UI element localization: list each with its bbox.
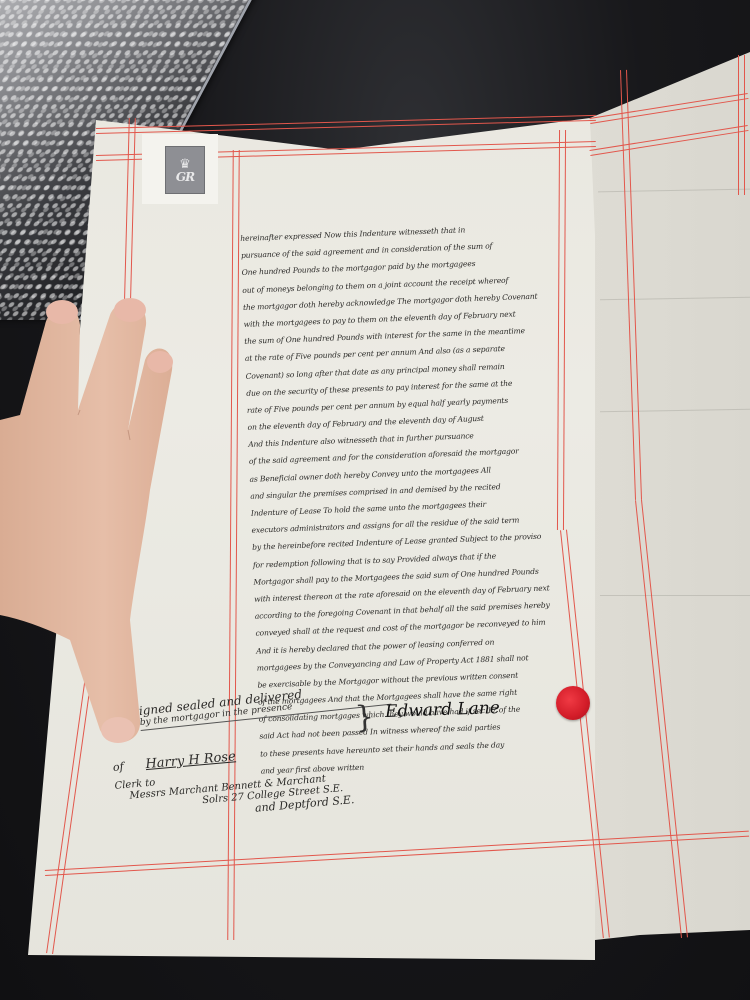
hand <box>0 290 180 750</box>
revenue-stamp: ♛ GR <box>165 146 205 194</box>
hand-illustration <box>0 290 180 750</box>
royal-cypher: GR <box>176 171 194 183</box>
mortgagor-signature: Edward Lane <box>385 698 500 722</box>
brace-mark: } <box>354 699 375 735</box>
red-wax-seal <box>556 686 590 720</box>
crown-icon: ♛ <box>179 158 191 171</box>
witness-name: Harry H Rose <box>145 749 236 772</box>
witness-of-label: of <box>112 760 124 774</box>
